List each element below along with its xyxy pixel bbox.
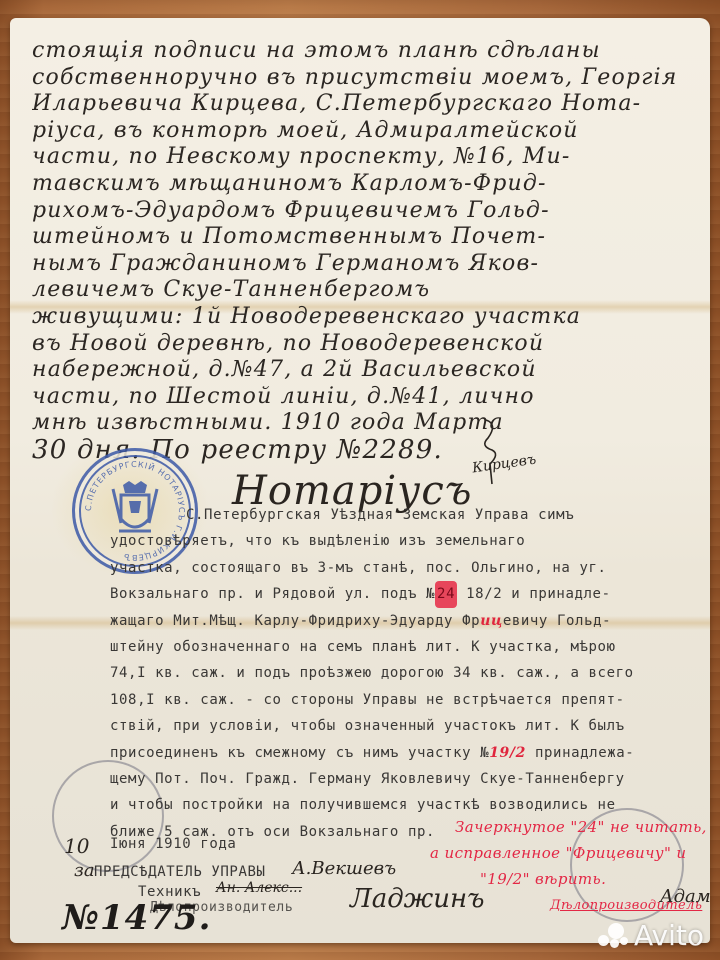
handwritten-line: части, по Невскому проспекту, №16, Ми- (32, 144, 692, 171)
typed-line: штейну обозначеннаго на семъ планѣ лит. … (110, 634, 710, 660)
chairman-prefix-handwritten: за (74, 860, 95, 881)
typed-line: жащаго Мит.Мѣщ. Карлу-Фридриху-Эдуарду Ф… (110, 608, 710, 634)
typed-text: евичу Гольд- (503, 613, 611, 629)
handwritten-line: собственноручно въ присутствіи моемъ, Ге… (32, 65, 692, 92)
notary-signature-flourish (478, 416, 506, 486)
typed-line: С.Петербургская Уѣздная Земская Управа с… (110, 502, 710, 528)
avito-brand-text: Avito (634, 919, 704, 952)
typed-text: жащаго Мит.Мѣщ. Карлу-Фридриху-Эдуарду Ф… (110, 613, 480, 629)
handwritten-line: ріуса, въ конторѣ моей, Адмиралтейской (32, 118, 692, 145)
date-day-handwritten: 10 (64, 834, 89, 858)
chairman-signature: А.Векшевъ (292, 858, 396, 879)
handwritten-certification: стоящія подписи на этомъ планѣ сдѣланы с… (32, 38, 692, 464)
typed-text: Вокзальнаго пр. и Рядовой ул. подъ № (110, 586, 435, 602)
handwritten-line: набережной, д.№47, а 2й Васильевской (32, 357, 692, 384)
typewritten-certificate: С.Петербургская Уѣздная Земская Управа с… (110, 502, 710, 845)
typed-text: присоединенъ къ смежному съ нимъ участку… (110, 745, 489, 761)
document-date: Іюня 1910 года (110, 836, 236, 852)
clerk-signature: Адамъ (660, 886, 710, 907)
handwritten-line: мнѣ извѣстными. 1910 года Марта (32, 410, 692, 437)
typed-line: Вокзальнаго пр. и Рядовой ул. подъ №24 1… (110, 581, 710, 607)
typed-line: ствій, при условіи, чтобы означенный уча… (110, 713, 710, 739)
handwritten-line: левичемъ Скуе-Танненбергомъ (32, 277, 692, 304)
typed-text: принадлежа- (526, 745, 634, 761)
handwritten-line: части, по Шестой линіи, д.№41, лично (32, 384, 692, 411)
avito-watermark: Avito (596, 919, 704, 952)
red-correction-note-line: Зачеркнутое "24" не читать, (455, 818, 707, 836)
handwritten-line: въ Новой деревнѣ, по Новодеревенской (32, 331, 692, 358)
handwritten-line: стоящія подписи на этомъ планѣ сдѣланы (32, 38, 692, 65)
struck-plot-number: 24 (435, 581, 457, 607)
avito-logo-icon (596, 921, 630, 951)
red-correction-note-line: а исправленное "Фрицевичу" и (430, 844, 686, 862)
red-corrected-fraction: 19/2 (489, 745, 526, 761)
document-sheet: стоящія подписи на этомъ планѣ сдѣланы с… (10, 18, 710, 943)
handwritten-line: рихомъ-Эдуардомъ Фрицевичемъ Гольд- (32, 198, 692, 225)
typed-line: 74,I кв. саж. и подъ проѣзжею дорогою 34… (110, 660, 710, 686)
typed-line: удостовѣряетъ, что къ выдѣленію изъ земе… (110, 528, 710, 554)
handwritten-line: нымъ Гражданиномъ Германомъ Яков- (32, 251, 692, 278)
handwritten-line: тавскимъ мѣщаниномъ Карломъ-Фрид- (32, 171, 692, 198)
typed-line: и чтобы постройки на получившемся участк… (110, 792, 710, 818)
typed-line: присоединенъ къ смежному съ нимъ участку… (110, 740, 710, 766)
handwritten-line: живущими: 1й Новодеревенскаго участка (32, 304, 692, 331)
typed-line: щему Пот. Поч. Гражд. Герману Яковлевичу… (110, 766, 710, 792)
typed-line: участка, состоящаго въ 3-мъ станѣ, пос. … (110, 555, 710, 581)
technician-struck-signature: Ан. Алекс... (216, 880, 302, 896)
chairman-title: ПРЕДСѢДАТЕЛЬ УПРАВЫ (94, 864, 266, 880)
technician-signature: Ладжинъ (350, 884, 484, 914)
red-correction-note-line: "19/2" вѣрить. (480, 870, 606, 888)
typed-line: 108,I кв. саж. - со стороны Управы не вс… (110, 687, 710, 713)
handwritten-line: штейномъ и Потомственнымъ Почет- (32, 224, 692, 251)
handwritten-line: Иларьевича Кирцева, С.Петербургскаго Нот… (32, 91, 692, 118)
red-correction-inline: иц (480, 613, 503, 629)
registry-number: №1475. (62, 898, 211, 938)
typed-text: 18/2 и принадле- (457, 586, 611, 602)
